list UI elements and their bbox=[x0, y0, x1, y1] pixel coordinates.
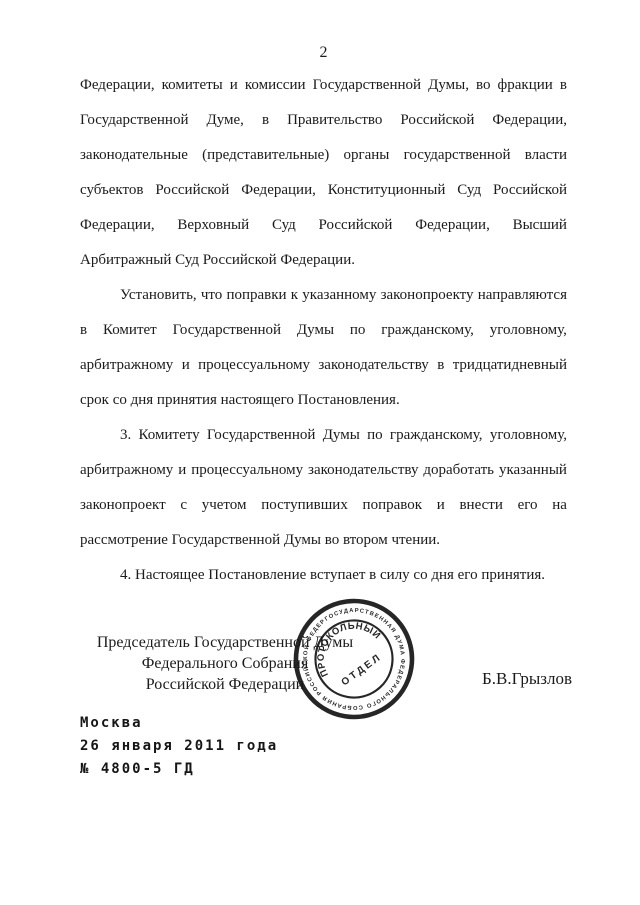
word: что bbox=[201, 278, 222, 313]
protocol-department-stamp-icon: ГОСУДАРСТВЕННАЯ ДУМА ФЕДЕРАЛЬНОГО СОБРАН… bbox=[291, 596, 417, 722]
word: Правительство bbox=[287, 103, 382, 138]
page-number: 2 bbox=[80, 44, 567, 62]
word: Государственной bbox=[80, 103, 188, 138]
word: Государственной bbox=[173, 313, 281, 348]
word: фракции bbox=[498, 68, 553, 103]
word: Государственной bbox=[207, 418, 315, 453]
word: и bbox=[437, 488, 445, 523]
word: Верховный bbox=[177, 208, 249, 243]
word: Федерации, bbox=[492, 103, 567, 138]
footer-block: Москва 26 января 2011 года № 4800-5 ГД bbox=[80, 712, 278, 781]
text-line: ГосударственнойДуме,вПравительствоРоссий… bbox=[80, 103, 567, 138]
word: законопроекту bbox=[381, 278, 474, 313]
word: поправки bbox=[226, 278, 286, 313]
word: с bbox=[180, 488, 187, 523]
word: Установить, bbox=[120, 278, 197, 313]
word: указанному bbox=[302, 278, 376, 313]
signer-name: Б.В.Грызлов bbox=[482, 669, 572, 689]
word: и bbox=[178, 453, 186, 488]
stamp-ring-text: ГОСУДАРСТВЕННАЯ ДУМА ФЕДЕРАЛЬНОГО СОБРАН… bbox=[291, 596, 417, 722]
word: Российской bbox=[155, 173, 229, 208]
word: субъектов bbox=[80, 173, 143, 208]
word: Федерации, bbox=[241, 173, 316, 208]
word: Суд bbox=[272, 208, 296, 243]
word: комиссии bbox=[245, 68, 306, 103]
word: Комитету bbox=[139, 418, 200, 453]
word: Суд bbox=[457, 173, 481, 208]
word: Российской bbox=[400, 103, 474, 138]
text-line: вКомитетГосударственнойДумыпогражданском… bbox=[80, 313, 567, 348]
text-line: 4. Настоящее Постановление вступает в си… bbox=[80, 558, 567, 593]
word: арбитражному bbox=[80, 453, 173, 488]
word: внести bbox=[459, 488, 502, 523]
word: поступивших bbox=[261, 488, 348, 523]
word: гражданскому, bbox=[381, 313, 474, 348]
word: направляются bbox=[478, 278, 567, 313]
word: Федерации, bbox=[80, 208, 155, 243]
word: Думы bbox=[297, 313, 334, 348]
word: и bbox=[230, 68, 238, 103]
word: арбитражному bbox=[80, 348, 173, 383]
word: законодательству bbox=[318, 348, 428, 383]
word: Конституционный bbox=[328, 173, 446, 208]
round-seal-icon: ГОСУДАРСТВЕННАЯ ДУМА ФЕДЕРАЛЬНОГО СОБРАН… bbox=[291, 596, 417, 722]
word: к bbox=[291, 278, 298, 313]
word: учетом bbox=[202, 488, 247, 523]
word: власти bbox=[525, 138, 567, 173]
word: Российской bbox=[319, 208, 393, 243]
document-body-text: Федерации,комитетыикомиссииГосударственн… bbox=[80, 68, 567, 593]
text-line: арбитражномуипроцессуальномузаконодатель… bbox=[80, 348, 567, 383]
footer-number: № 4800-5 ГД bbox=[80, 758, 278, 781]
word: Федерации, bbox=[415, 208, 490, 243]
word: доработать bbox=[423, 453, 494, 488]
footer-date: 26 января 2011 года bbox=[80, 735, 278, 758]
word: в bbox=[437, 348, 444, 383]
word: в bbox=[560, 68, 567, 103]
word: во bbox=[476, 68, 490, 103]
word: Высший bbox=[513, 208, 567, 243]
word: Думы, bbox=[428, 68, 469, 103]
word: Федерации, bbox=[80, 68, 155, 103]
text-line: Федерации,комитетыикомиссииГосударственн… bbox=[80, 68, 567, 103]
word: законопроект bbox=[80, 488, 166, 523]
word: (представительные) bbox=[202, 138, 329, 173]
word: в bbox=[80, 313, 87, 348]
word: Государственной bbox=[313, 68, 421, 103]
word: комитеты bbox=[162, 68, 223, 103]
word: Думы bbox=[323, 418, 360, 453]
word: поправок bbox=[363, 488, 422, 523]
text-line: срок со дня принятия настоящего Постанов… bbox=[80, 383, 567, 418]
text-line: законодательные(представительные)органыг… bbox=[80, 138, 567, 173]
word: гражданскому, bbox=[390, 418, 483, 453]
text-line: Арбитражный Суд Российской Федерации. bbox=[80, 243, 567, 278]
text-line: законопроектсучетомпоступившихпоправокив… bbox=[80, 488, 567, 523]
word: законодательные bbox=[80, 138, 188, 173]
word: и bbox=[182, 348, 190, 383]
text-line: рассмотрение Государственной Думы во вто… bbox=[80, 523, 567, 558]
word: по bbox=[367, 418, 383, 453]
word: Думе, bbox=[207, 103, 244, 138]
text-line: 3.КомитетуГосударственнойДумыпогражданск… bbox=[80, 418, 567, 453]
word: государственной bbox=[404, 138, 511, 173]
stamp-center-text: ОТДЕЛ bbox=[340, 652, 385, 689]
word: Комитет bbox=[103, 313, 157, 348]
word: на bbox=[552, 488, 567, 523]
word: его bbox=[518, 488, 538, 523]
word: тридцатидневный bbox=[453, 348, 567, 383]
text-line: Федерации,ВерховныйСудРоссийскойФедераци… bbox=[80, 208, 567, 243]
word: процессуальному bbox=[198, 348, 310, 383]
footer-city: Москва bbox=[80, 712, 278, 735]
word: Российской bbox=[493, 173, 567, 208]
text-line: субъектовРоссийскойФедерации,Конституцио… bbox=[80, 173, 567, 208]
word: 3. bbox=[120, 418, 131, 453]
word: указанный bbox=[499, 453, 567, 488]
word: органы bbox=[343, 138, 389, 173]
word: по bbox=[350, 313, 366, 348]
word: процессуальному bbox=[191, 453, 303, 488]
scanned-document-page: 2 Федерации,комитетыикомиссииГосударстве… bbox=[0, 0, 640, 905]
stamp-outer-ring bbox=[291, 596, 417, 722]
word: законодательству bbox=[308, 453, 418, 488]
word: в bbox=[262, 103, 269, 138]
text-line: арбитражномуипроцессуальномузаконодатель… bbox=[80, 453, 567, 488]
text-line: Установить,чтопоправкикуказанномузаконоп… bbox=[80, 278, 567, 313]
word: уголовному, bbox=[490, 313, 567, 348]
word: уголовному, bbox=[490, 418, 567, 453]
